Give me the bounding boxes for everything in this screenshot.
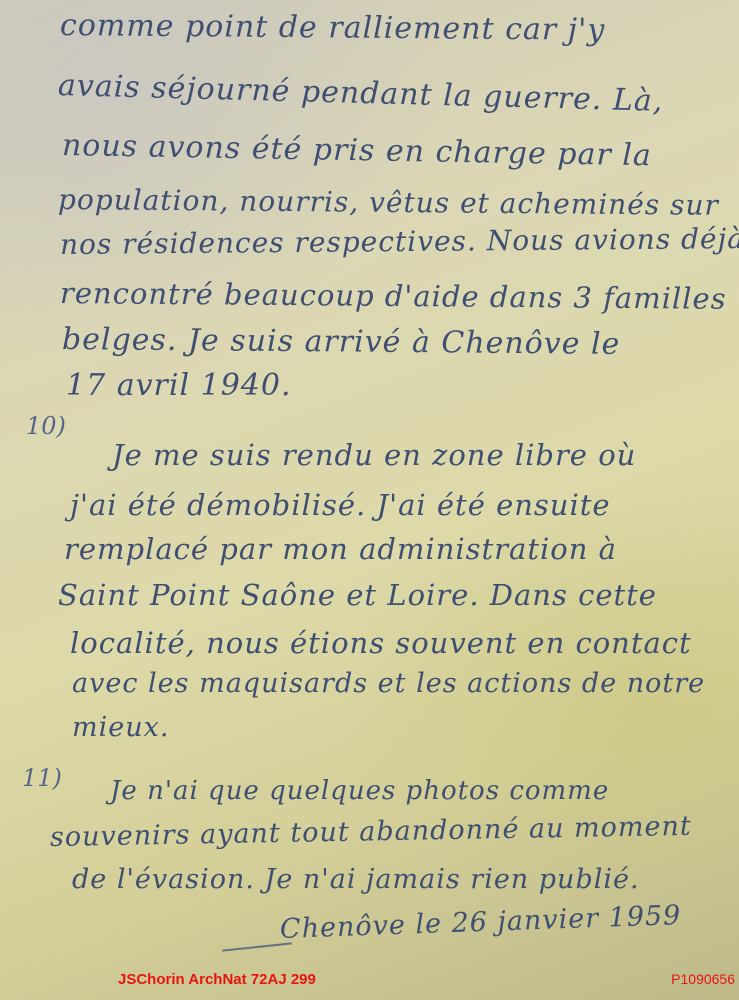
letter-line: Je n'ai que quelques photos comme [110,776,609,806]
letter-line: remplacé par mon administration à [64,532,617,566]
letter-line: Saint Point Saône et Loire. Dans cette [58,578,657,612]
letter-line: de l'évasion. Je n'ai jamais rien publié… [72,864,640,895]
letter-line: nos résidences respectives. Nous avions … [60,222,739,261]
letter-line: belges. Je suis arrivé à Chenôve le [62,322,621,362]
letter-line: 17 avril 1940. [66,368,292,403]
photo-id-label: P1090656 [671,971,735,987]
letter-line: j'ai été démobilisé. J'ai été ensuite [70,488,611,522]
letter-line: mieux. [72,712,169,743]
letter-line: localité, nous étions souvent en contact [70,626,692,660]
letter-line: avais séjourné pendant la guerre. Là, [58,68,664,119]
section-number: 10) [26,412,66,440]
letter-line: comme point de ralliement car j'y [60,8,606,48]
section-number: 11) [22,764,62,792]
letter-line: rencontré beaucoup d'aide dans 3 famille… [60,276,727,316]
handwritten-letter-page: comme point de ralliement car j'y avais … [0,0,739,1000]
letter-line: nous avons été pris en charge par la [62,128,652,173]
archive-reference-label: JSChorin ArchNat 72AJ 299 [118,971,316,988]
letter-line: population, nourris, vêtus et acheminés … [58,183,719,222]
letter-line: Je me suis rendu en zone libre où [112,438,636,472]
signature-date-line: Chenôve le 26 janvier 1959 [279,900,681,945]
letter-line: avec les maquisards et les actions de no… [72,668,705,699]
letter-line: souvenirs ayant tout abandonné au moment [50,811,692,853]
